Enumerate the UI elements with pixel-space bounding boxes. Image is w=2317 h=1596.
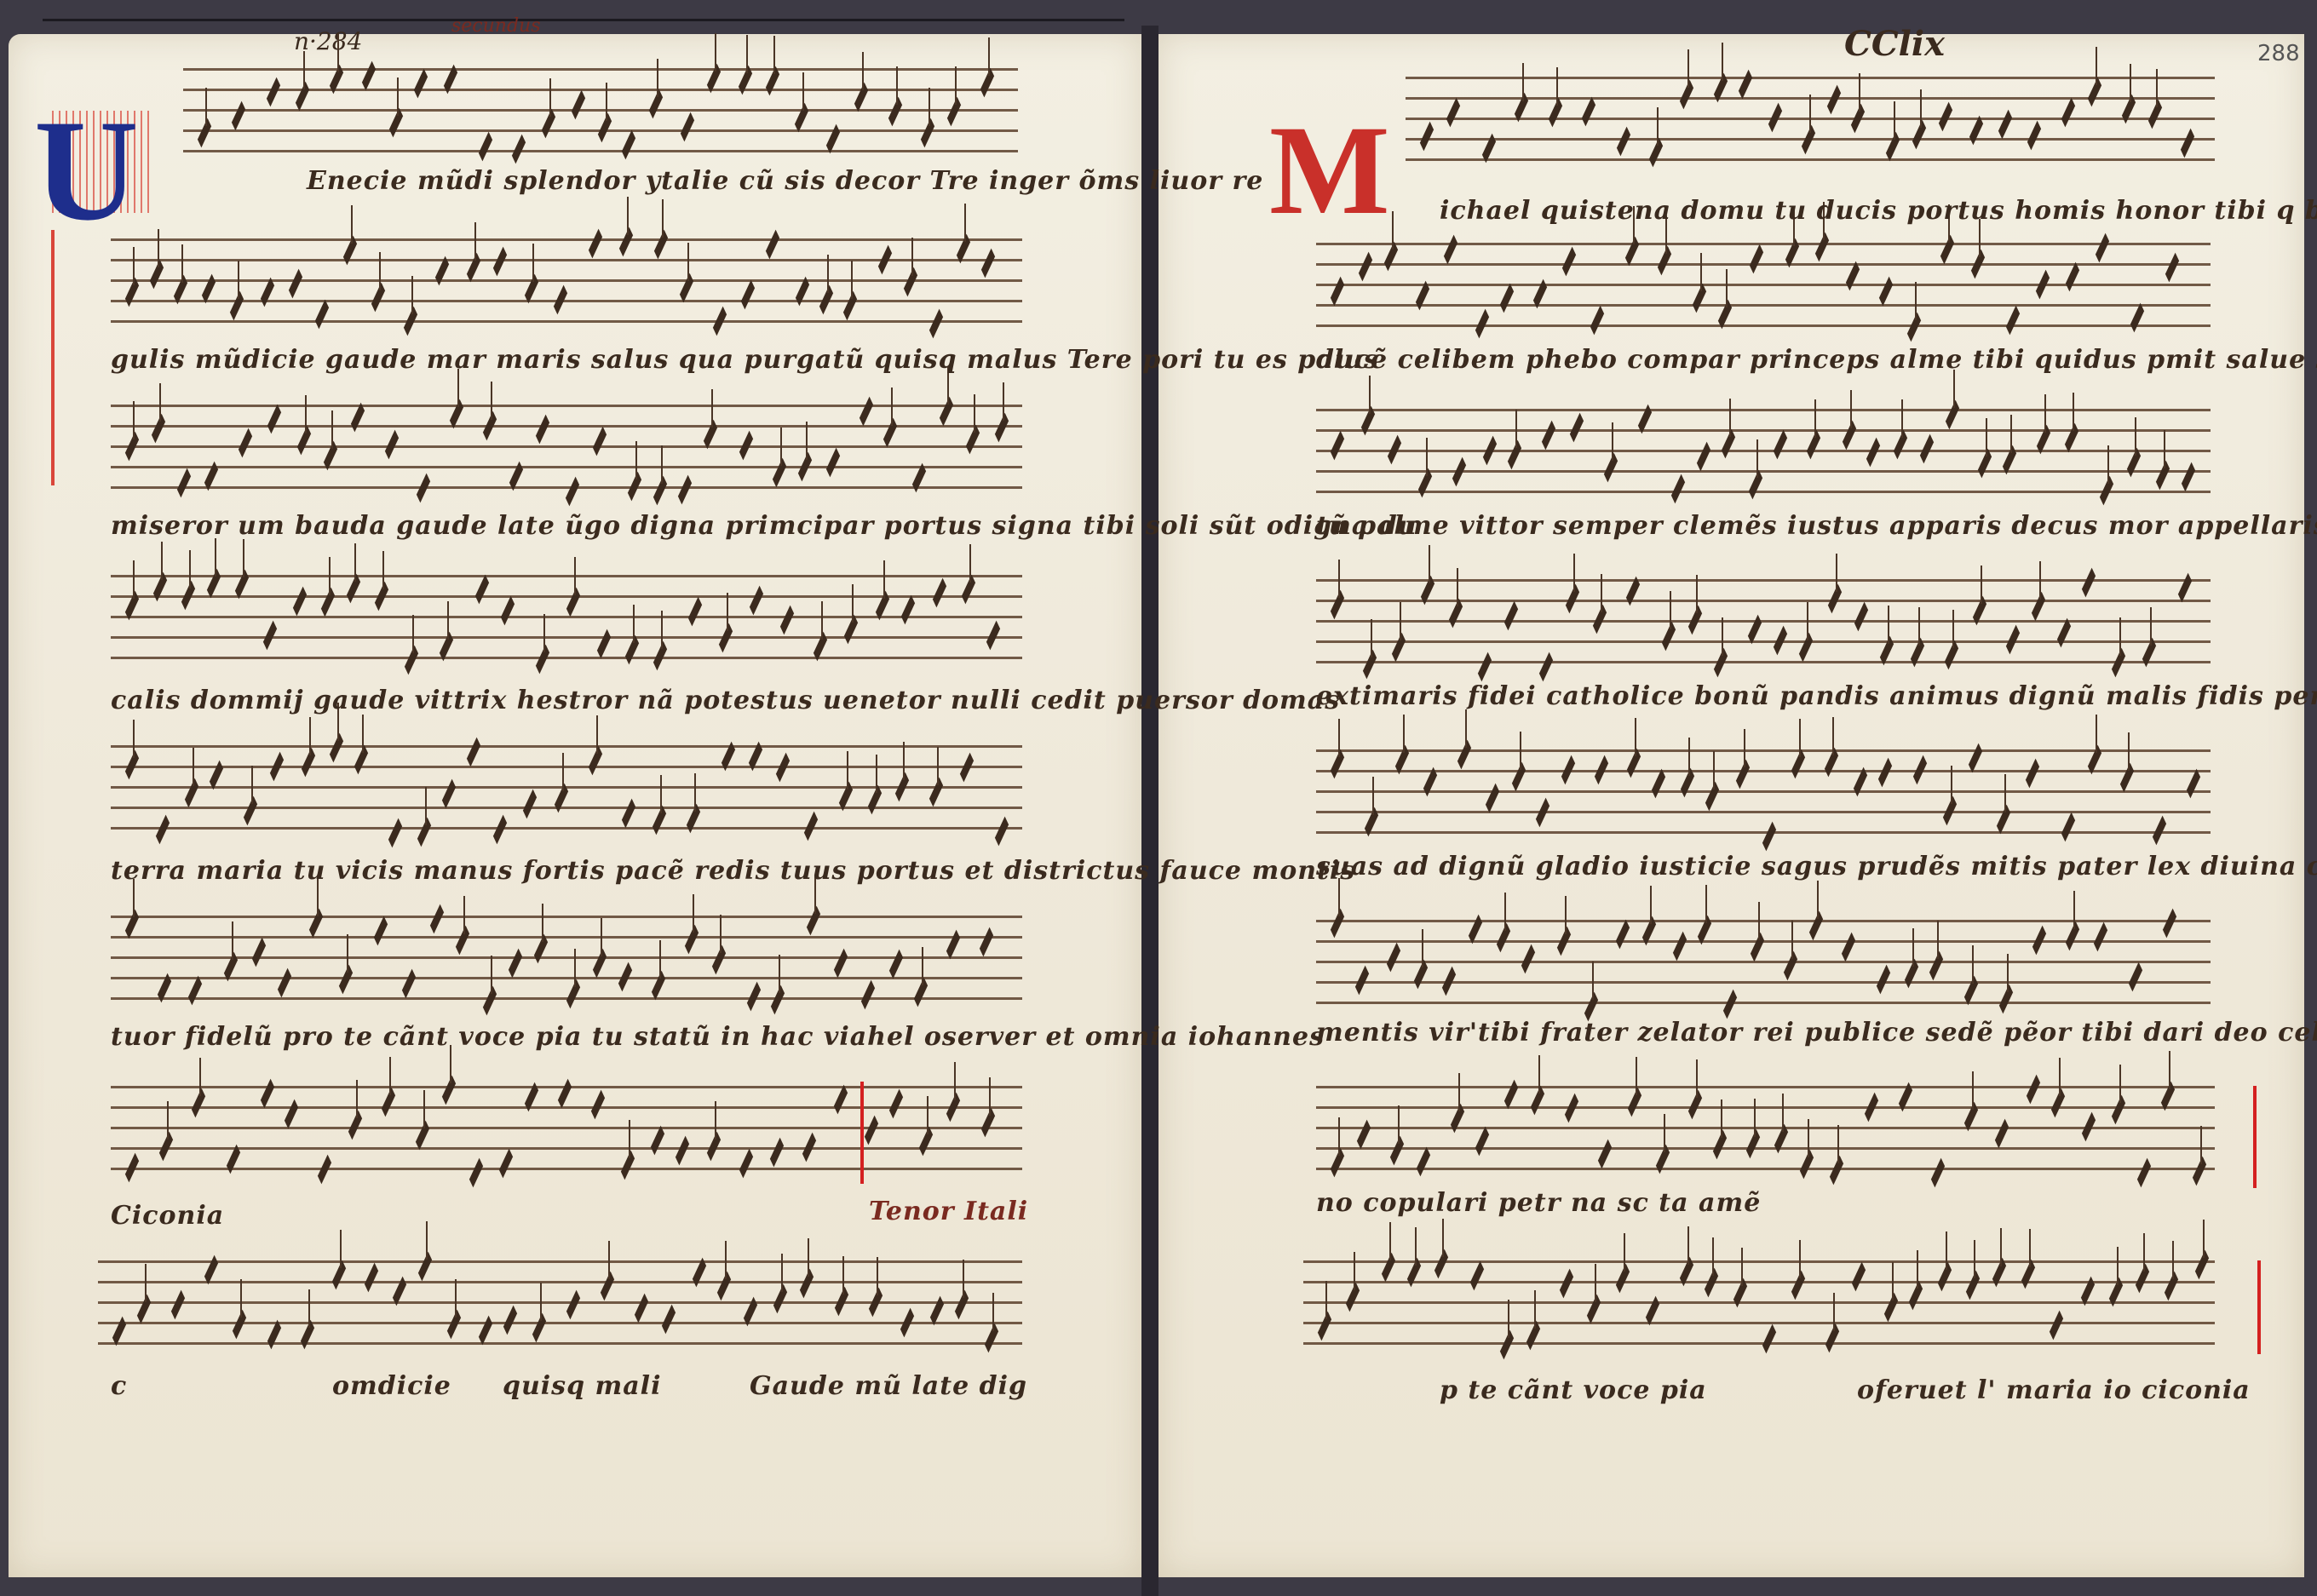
note-head xyxy=(501,595,515,625)
note-stem xyxy=(1952,610,1954,648)
note-stem xyxy=(660,775,662,813)
note-stem xyxy=(963,1260,964,1298)
note-head xyxy=(2165,252,2179,282)
note-head xyxy=(843,291,857,321)
note-stem xyxy=(779,955,780,993)
note-head xyxy=(2112,1094,2125,1124)
note-stem xyxy=(1918,607,1920,646)
note-stem xyxy=(720,915,722,953)
note-head xyxy=(889,1089,903,1119)
note-stem xyxy=(1657,107,1659,146)
scanner-bar xyxy=(43,0,1124,21)
note-stem xyxy=(382,551,384,589)
tenor-lyric: c xyxy=(111,1371,127,1401)
note-stem xyxy=(161,542,163,580)
note-head xyxy=(1877,964,1890,994)
note-head xyxy=(1807,430,1820,460)
note-stem xyxy=(781,1254,783,1292)
note-head xyxy=(2051,1088,2065,1118)
tenor-lyric: quisq mali xyxy=(503,1371,661,1401)
staff-left-tenor xyxy=(98,1260,1022,1341)
section-divider xyxy=(2257,1260,2261,1354)
note-head xyxy=(1722,428,1735,458)
tenor-lyric: p te cãnt voce pia xyxy=(1440,1375,1707,1405)
note-stem xyxy=(1371,619,1372,657)
note-stem xyxy=(852,584,854,623)
note-head xyxy=(2165,1271,2178,1300)
note-head xyxy=(185,778,198,808)
note-stem xyxy=(574,557,576,595)
note-head xyxy=(493,247,507,277)
note-head xyxy=(374,916,388,945)
note-stem xyxy=(1832,717,1834,755)
note-head xyxy=(770,1137,784,1167)
note-stem xyxy=(540,1283,542,1321)
note-stem xyxy=(2164,430,2165,468)
note-stem xyxy=(842,1256,844,1295)
note-head xyxy=(2156,460,2170,490)
note-stem xyxy=(1833,1293,1835,1331)
note-head xyxy=(1938,1261,1952,1291)
note-stem xyxy=(303,51,305,89)
note-stem xyxy=(243,539,244,577)
note-stem xyxy=(1986,418,1987,456)
note-stem xyxy=(2039,561,2041,600)
note-stem xyxy=(693,894,694,933)
note-head xyxy=(1390,1135,1404,1165)
note-stem xyxy=(1756,439,1758,478)
note-stem xyxy=(1515,410,1517,448)
note-stem xyxy=(1721,1099,1722,1138)
note-stem xyxy=(1650,886,1652,924)
note-head xyxy=(717,1272,731,1301)
note-stem xyxy=(1741,1248,1743,1286)
note-head xyxy=(332,1260,346,1290)
note-head xyxy=(244,796,257,826)
note-head xyxy=(651,1125,664,1155)
note-head xyxy=(1746,1129,1760,1159)
note-head xyxy=(919,1126,933,1156)
note-head xyxy=(980,927,993,957)
note-stem xyxy=(2200,1126,2202,1164)
note-head xyxy=(441,778,455,808)
note-head xyxy=(1929,951,1943,981)
note-stem xyxy=(1729,399,1731,437)
note-head xyxy=(192,1088,205,1118)
note-stem xyxy=(862,52,864,90)
note-stem xyxy=(629,1120,630,1158)
note-stem xyxy=(2096,47,2097,85)
note-head xyxy=(947,97,961,127)
note-stem xyxy=(1338,1117,1340,1156)
note-stem xyxy=(2130,64,2131,102)
note-stem xyxy=(1442,1219,1444,1257)
note-head xyxy=(1751,933,1764,962)
note-stem xyxy=(2119,617,2121,656)
composer-name: Ciconia xyxy=(111,1201,224,1231)
note-stem xyxy=(447,601,449,640)
note-stem xyxy=(1809,95,1811,133)
note-head xyxy=(1688,1090,1702,1120)
note-stem xyxy=(1799,719,1801,757)
note-stem xyxy=(1664,1114,1665,1152)
note-head xyxy=(2027,120,2041,150)
note-head xyxy=(901,595,915,625)
note-head xyxy=(1681,768,1694,798)
note-head xyxy=(680,273,693,302)
note-stem xyxy=(340,1230,342,1268)
note-head xyxy=(593,948,607,978)
note-stem xyxy=(773,36,775,74)
note-stem xyxy=(903,742,905,780)
note-head xyxy=(478,1316,492,1346)
note-stem xyxy=(1799,1240,1801,1278)
note-stem xyxy=(205,88,207,126)
note-stem xyxy=(896,66,898,105)
note-stem xyxy=(463,896,465,934)
note-stem xyxy=(232,921,233,960)
note-head xyxy=(2061,98,2075,128)
note-head xyxy=(712,945,726,975)
note-head xyxy=(1998,110,2012,140)
staff-left-2 xyxy=(111,238,1022,319)
note-stem xyxy=(1635,718,1636,756)
note-head xyxy=(854,83,868,112)
note-stem xyxy=(1808,1119,1809,1157)
note-head xyxy=(1696,442,1710,472)
note-head xyxy=(2094,922,2107,952)
note-stem xyxy=(827,255,829,293)
staff-right-6 xyxy=(1316,920,2211,1001)
note-head xyxy=(1774,430,1787,460)
note-stem xyxy=(806,422,808,460)
note-stem xyxy=(2096,715,2097,753)
lyric-line: suas ad dignũ gladio iusticie sagus prud… xyxy=(1316,852,2317,881)
note-stem xyxy=(1003,382,1004,421)
note-head xyxy=(1387,942,1400,972)
tenor-label: Tenor Itali xyxy=(869,1197,1028,1226)
note-stem xyxy=(2135,417,2136,456)
note-head xyxy=(293,586,307,616)
note-stem xyxy=(193,748,194,786)
note-stem xyxy=(1426,438,1428,476)
note-head xyxy=(888,97,902,127)
note-head xyxy=(652,971,665,1001)
lyric-line: Enecie mũdi splendor ytalie cũ sis decor… xyxy=(307,166,1263,196)
note-stem xyxy=(1901,399,1903,438)
note-head xyxy=(1560,1269,1573,1299)
note-head xyxy=(2066,262,2079,292)
note-head xyxy=(622,798,635,828)
note-head xyxy=(635,1293,648,1323)
note-stem xyxy=(1744,729,1745,767)
staff-right-7 xyxy=(1316,1086,2215,1167)
note-head xyxy=(883,418,897,448)
note-head xyxy=(566,1290,580,1320)
note-head xyxy=(297,425,311,455)
note-stem xyxy=(354,543,356,582)
note-head xyxy=(834,949,848,979)
note-head xyxy=(159,1131,173,1161)
note-stem xyxy=(2143,1233,2145,1272)
note-stem xyxy=(1850,390,1852,428)
lyric-line: miseror um bauda gaude late ũgo digna pr… xyxy=(111,511,1417,541)
initial-flourish xyxy=(51,230,55,485)
note-stem xyxy=(549,78,551,117)
note-stem xyxy=(1429,545,1430,583)
note-stem xyxy=(1369,376,1371,414)
note-stem xyxy=(389,1057,391,1095)
note-head xyxy=(536,415,549,445)
note-head xyxy=(1521,944,1535,973)
note-head xyxy=(475,574,489,604)
note-head xyxy=(1582,96,1595,126)
note-stem xyxy=(1920,89,1922,128)
note-head xyxy=(1978,449,1992,479)
note-stem xyxy=(1389,1222,1391,1260)
note-stem xyxy=(240,1279,242,1318)
note-stem xyxy=(2073,393,2074,431)
note-head xyxy=(566,587,579,617)
staff-left-5 xyxy=(111,745,1022,826)
note-stem xyxy=(189,550,191,588)
staff-right-4 xyxy=(1316,579,2211,660)
note-stem xyxy=(425,787,427,825)
note-head xyxy=(590,1090,604,1120)
note-stem xyxy=(725,1241,727,1279)
note-head xyxy=(1843,421,1856,451)
note-head xyxy=(2064,423,2078,453)
note-head xyxy=(1449,598,1463,628)
note-stem xyxy=(356,1080,358,1118)
note-head xyxy=(2088,78,2101,107)
note-stem xyxy=(596,715,598,754)
note-stem xyxy=(2073,891,2075,929)
note-head xyxy=(2021,1260,2035,1289)
note-head xyxy=(1627,748,1641,778)
note-stem xyxy=(808,1238,809,1277)
note-stem xyxy=(922,947,923,985)
note-head xyxy=(1966,1271,1980,1300)
note-stem xyxy=(532,244,534,282)
note-head xyxy=(2120,762,2134,792)
note-head xyxy=(795,102,808,132)
note-head xyxy=(2126,448,2140,478)
note-head xyxy=(1894,429,1907,459)
note-stem xyxy=(2044,394,2046,433)
lyric-line: ducẽ celibem phebo compar princeps alme … xyxy=(1316,345,2317,375)
note-head xyxy=(688,597,702,627)
note-head xyxy=(1645,1295,1659,1325)
note-head xyxy=(233,1310,246,1340)
note-stem xyxy=(635,441,637,479)
note-head xyxy=(2181,462,2194,492)
note-head xyxy=(289,268,302,298)
note-stem xyxy=(711,389,713,428)
note-stem xyxy=(1937,921,1939,959)
note-stem xyxy=(661,445,663,484)
note-stem xyxy=(1946,1231,1947,1270)
note-stem xyxy=(158,229,159,267)
note-head xyxy=(685,925,699,955)
note-stem xyxy=(1894,101,1895,140)
lyric-line: extimaris fidei catholice bonũ pandis an… xyxy=(1316,681,2317,711)
note-head xyxy=(980,68,994,98)
note-head xyxy=(252,938,266,967)
note-stem xyxy=(746,35,748,73)
note-head xyxy=(980,1108,994,1138)
note-head xyxy=(1549,97,1562,127)
note-head xyxy=(1878,758,1892,788)
note-head xyxy=(1748,614,1762,644)
staff-right-3 xyxy=(1316,409,2211,490)
note-stem xyxy=(1912,928,1914,967)
note-stem xyxy=(397,78,399,116)
note-head xyxy=(1414,959,1428,989)
note-stem xyxy=(1754,1099,1756,1137)
note-stem xyxy=(1538,1055,1540,1094)
note-stem xyxy=(574,949,576,987)
note-stem xyxy=(133,247,135,285)
note-stem xyxy=(1687,49,1689,88)
note-head xyxy=(171,1290,185,1320)
note-stem xyxy=(1837,1125,1839,1163)
note-stem xyxy=(821,601,823,640)
note-head xyxy=(1475,1126,1489,1156)
note-stem xyxy=(159,383,161,422)
note-head xyxy=(1658,246,1671,276)
note-head xyxy=(1346,1282,1360,1312)
tenor-lyric: Gaude mũ late dig xyxy=(750,1371,1027,1401)
note-stem xyxy=(2059,1058,2061,1096)
note-stem xyxy=(2128,732,2130,771)
note-head xyxy=(382,1087,395,1117)
note-stem xyxy=(927,1096,929,1134)
note-head xyxy=(261,278,274,307)
note-head xyxy=(321,587,335,617)
note-head xyxy=(1713,1130,1727,1160)
lyric-line: gulis mũdicie gaude mar maris salus qua … xyxy=(111,345,1379,375)
decorated-initial-m: M xyxy=(1269,106,1390,234)
staff-left-4 xyxy=(111,575,1022,656)
note-head xyxy=(2135,1264,2148,1294)
note-stem xyxy=(687,243,689,281)
note-stem xyxy=(1687,1226,1689,1265)
note-stem xyxy=(1696,575,1698,613)
note-stem xyxy=(455,1279,457,1318)
note-stem xyxy=(474,222,476,261)
note-stem xyxy=(145,1264,147,1302)
note-head xyxy=(921,118,934,148)
note-head xyxy=(523,789,537,819)
note-stem xyxy=(1836,554,1837,592)
lyric-line: terra maria tu vicis manus fortis pacẽ r… xyxy=(111,856,1355,886)
note-stem xyxy=(1974,1240,1975,1278)
note-head xyxy=(1879,276,1893,306)
note-stem xyxy=(659,940,661,979)
note-head xyxy=(962,575,975,605)
note-stem xyxy=(1354,1252,1355,1290)
note-head xyxy=(596,629,610,658)
note-stem xyxy=(1758,902,1760,940)
note-head xyxy=(348,1111,362,1140)
note-head xyxy=(593,427,607,456)
note-stem xyxy=(1817,881,1819,919)
note-stem xyxy=(1392,211,1394,250)
note-head xyxy=(1791,1271,1805,1300)
note-head xyxy=(416,1121,429,1151)
note-head xyxy=(2005,625,2019,655)
tenor-lyric: omdicie xyxy=(332,1371,451,1401)
folio-heading: CClix xyxy=(1844,24,1945,64)
note-stem xyxy=(1791,921,1793,959)
note-stem xyxy=(1400,602,1401,640)
note-stem xyxy=(1722,617,1723,656)
note-head xyxy=(2129,962,2142,992)
note-stem xyxy=(426,1221,428,1260)
note-stem xyxy=(562,753,564,791)
note-stem xyxy=(331,410,333,449)
note-stem xyxy=(199,1058,201,1096)
note-head xyxy=(1446,98,1460,128)
note-stem xyxy=(989,1077,991,1116)
note-head xyxy=(1680,79,1693,109)
note-head xyxy=(1652,769,1665,799)
note-stem xyxy=(167,1101,169,1140)
note-stem xyxy=(955,66,957,105)
note-stem xyxy=(181,244,183,283)
note-head xyxy=(389,107,403,137)
note-stem xyxy=(2004,774,2006,812)
note-stem xyxy=(1338,719,1340,757)
note-head xyxy=(1909,1281,1923,1311)
note-head xyxy=(137,1294,151,1323)
note-head xyxy=(834,1085,848,1115)
note-stem xyxy=(1458,1073,1460,1111)
note-stem xyxy=(2172,1241,2174,1279)
note-stem xyxy=(1951,766,1952,804)
note-stem xyxy=(964,204,966,242)
note-stem xyxy=(1457,568,1458,606)
note-stem xyxy=(876,755,877,793)
note-stem xyxy=(633,605,635,643)
note-stem xyxy=(988,37,990,76)
note-head xyxy=(750,586,763,616)
note-stem xyxy=(1556,67,1558,106)
note-stem xyxy=(1465,709,1467,748)
note-stem xyxy=(715,33,716,72)
note-head xyxy=(662,1305,676,1335)
note-stem xyxy=(215,538,216,577)
note-head xyxy=(929,778,943,807)
note-stem xyxy=(2010,415,2012,453)
note-stem xyxy=(337,34,339,72)
note-stem xyxy=(1372,777,1374,815)
note-stem xyxy=(992,1293,994,1331)
note-head xyxy=(981,248,995,278)
note-head xyxy=(946,930,960,960)
note-stem xyxy=(1859,73,1860,112)
note-head xyxy=(955,1289,969,1319)
note-stem xyxy=(715,1101,716,1140)
note-stem xyxy=(1953,370,1955,408)
folio-number: 288 xyxy=(2257,41,2300,66)
note-head xyxy=(503,1305,517,1335)
note-head xyxy=(2148,100,2162,129)
note-head xyxy=(1672,931,1686,961)
note-stem xyxy=(1504,893,1506,931)
note-stem xyxy=(1700,253,1702,291)
